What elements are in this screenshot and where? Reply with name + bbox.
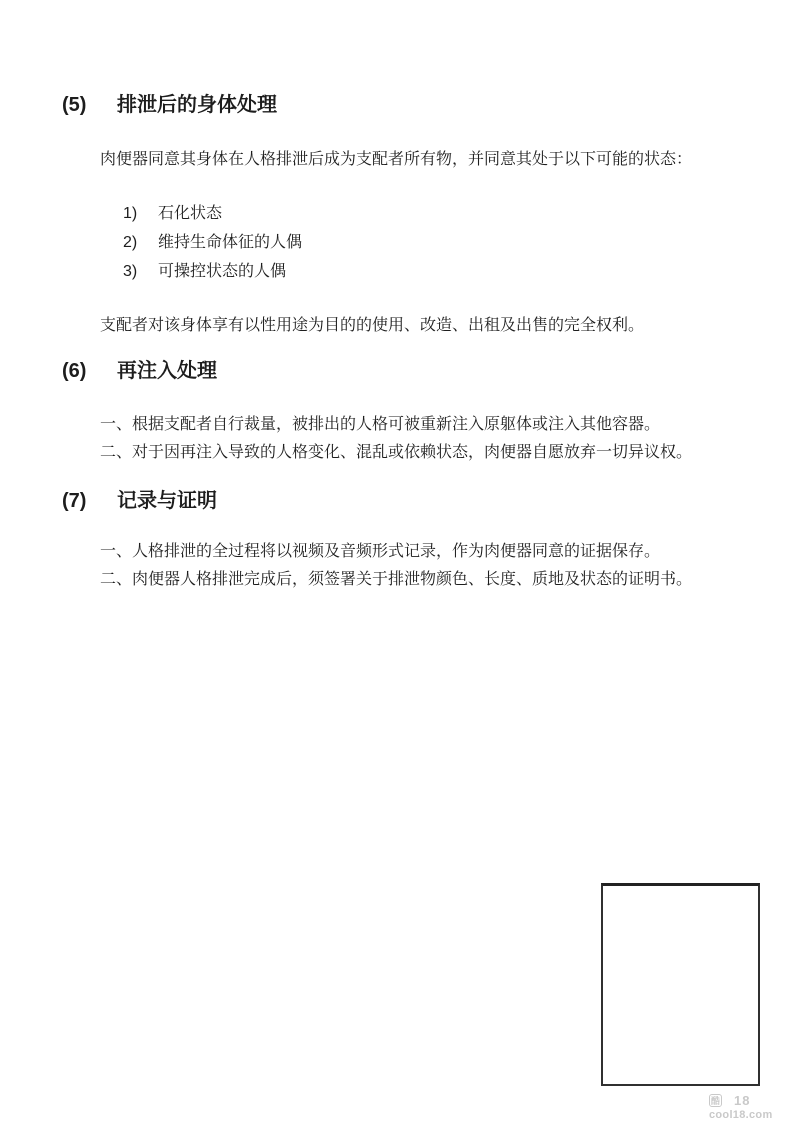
section-5-intro: 肉便器同意其身体在人格排泄后成为支配者所有物，并同意其处于以下可能的状态： [100,148,692,171]
section-5-title: 排泄后的身体处理 [117,94,277,116]
section-5-heading: (5)排泄后的身体处理 [62,91,277,119]
section-5-list: 1)石化状态 2)维持生命体征的人偶 3)可操控状态的人偶 [123,199,302,286]
list-item: 3)可操控状态的人偶 [123,257,302,286]
clause-item: 二、对于因再注入导致的人格变化、混乱或依赖状态，肉便器自愿放弃一切异议权。 [100,439,692,467]
section-6-number: (6) [62,357,117,385]
list-item-number: 1) [123,199,158,228]
section-5-number: (5) [62,91,117,119]
signature-box [601,883,760,1086]
list-item: 1)石化状态 [123,199,302,228]
clause-item: 二、肉便器人格排泄完成后，须签署关于排泄物颜色、长度、质地及状态的证明书。 [100,566,692,594]
cool18-logo-icon: 酷 [709,1094,722,1107]
list-item-text: 维持生命体征的人偶 [158,234,302,251]
section-7-title: 记录与证明 [117,490,217,512]
clause-item: 一、人格排泄的全过程将以视频及音频形式记录，作为肉便器同意的证据保存。 [100,538,692,566]
section-6-heading: (6)再注入处理 [62,357,217,385]
watermark: 酷 18 cool18.com [709,1093,773,1121]
section-5-outro: 支配者对该身体享有以性用途为目的的使用、改造、出租及出售的完全权利。 [100,314,644,337]
section-7-number: (7) [62,487,117,515]
clause-item: 一、根据支配者自行裁量，被排出的人格可被重新注入原躯体或注入其他容器。 [100,411,692,439]
section-6-title: 再注入处理 [117,360,217,382]
section-7-items: 一、人格排泄的全过程将以视频及音频形式记录，作为肉便器同意的证据保存。 二、肉便… [100,538,692,594]
watermark-site: cool18.com [709,1109,773,1121]
section-7-heading: (7)记录与证明 [62,487,217,515]
list-item-text: 可操控状态的人偶 [158,263,286,280]
list-item: 2)维持生命体征的人偶 [123,228,302,257]
list-item-number: 2) [123,228,158,257]
document-page: (5)排泄后的身体处理 肉便器同意其身体在人格排泄后成为支配者所有物，并同意其处… [0,0,800,1131]
watermark-row: 酷 18 [709,1093,773,1108]
list-item-text: 石化状态 [158,205,222,222]
watermark-number: 18 [734,1093,750,1108]
section-6-items: 一、根据支配者自行裁量，被排出的人格可被重新注入原躯体或注入其他容器。 二、对于… [100,411,692,467]
list-item-number: 3) [123,257,158,286]
